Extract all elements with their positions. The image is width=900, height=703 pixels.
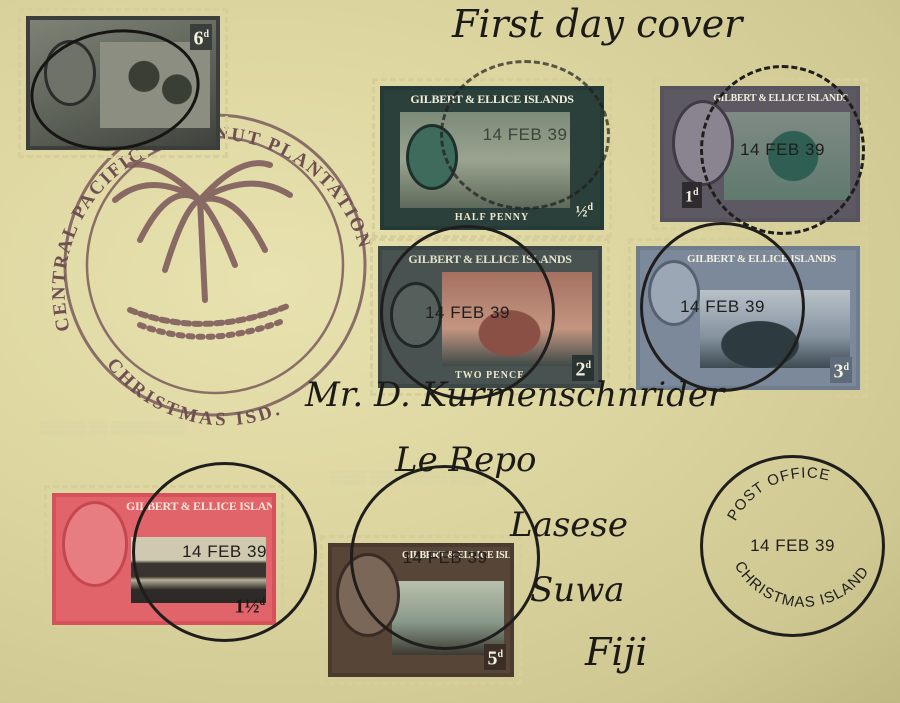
- datestamp-ring-text: POST OFFICE CHRISTMAS ISLAND: [0, 0, 900, 703]
- address-line-city: Suwa: [530, 570, 625, 610]
- svg-text:CHRISTMAS ISLAND: CHRISTMAS ISLAND: [731, 558, 873, 611]
- handwritten-heading: First day cover: [452, 2, 742, 46]
- address-line-district: Lasese: [510, 505, 628, 545]
- address-line-country: Fiji: [585, 630, 647, 674]
- address-line-house: Le Repo: [395, 440, 536, 480]
- address-line-name: Mr. D. Kurmenschnrider: [305, 375, 724, 415]
- svg-text:POST OFFICE: POST OFFICE: [724, 464, 832, 523]
- first-day-cover: ▒▒▒▒ ▒▒▒ ▒▒▒▒▒ ▒▒▒▒ ▒▒▒▒▒ ▒▒ ▒▒▒▒▒▒▒▒ CE…: [0, 0, 900, 703]
